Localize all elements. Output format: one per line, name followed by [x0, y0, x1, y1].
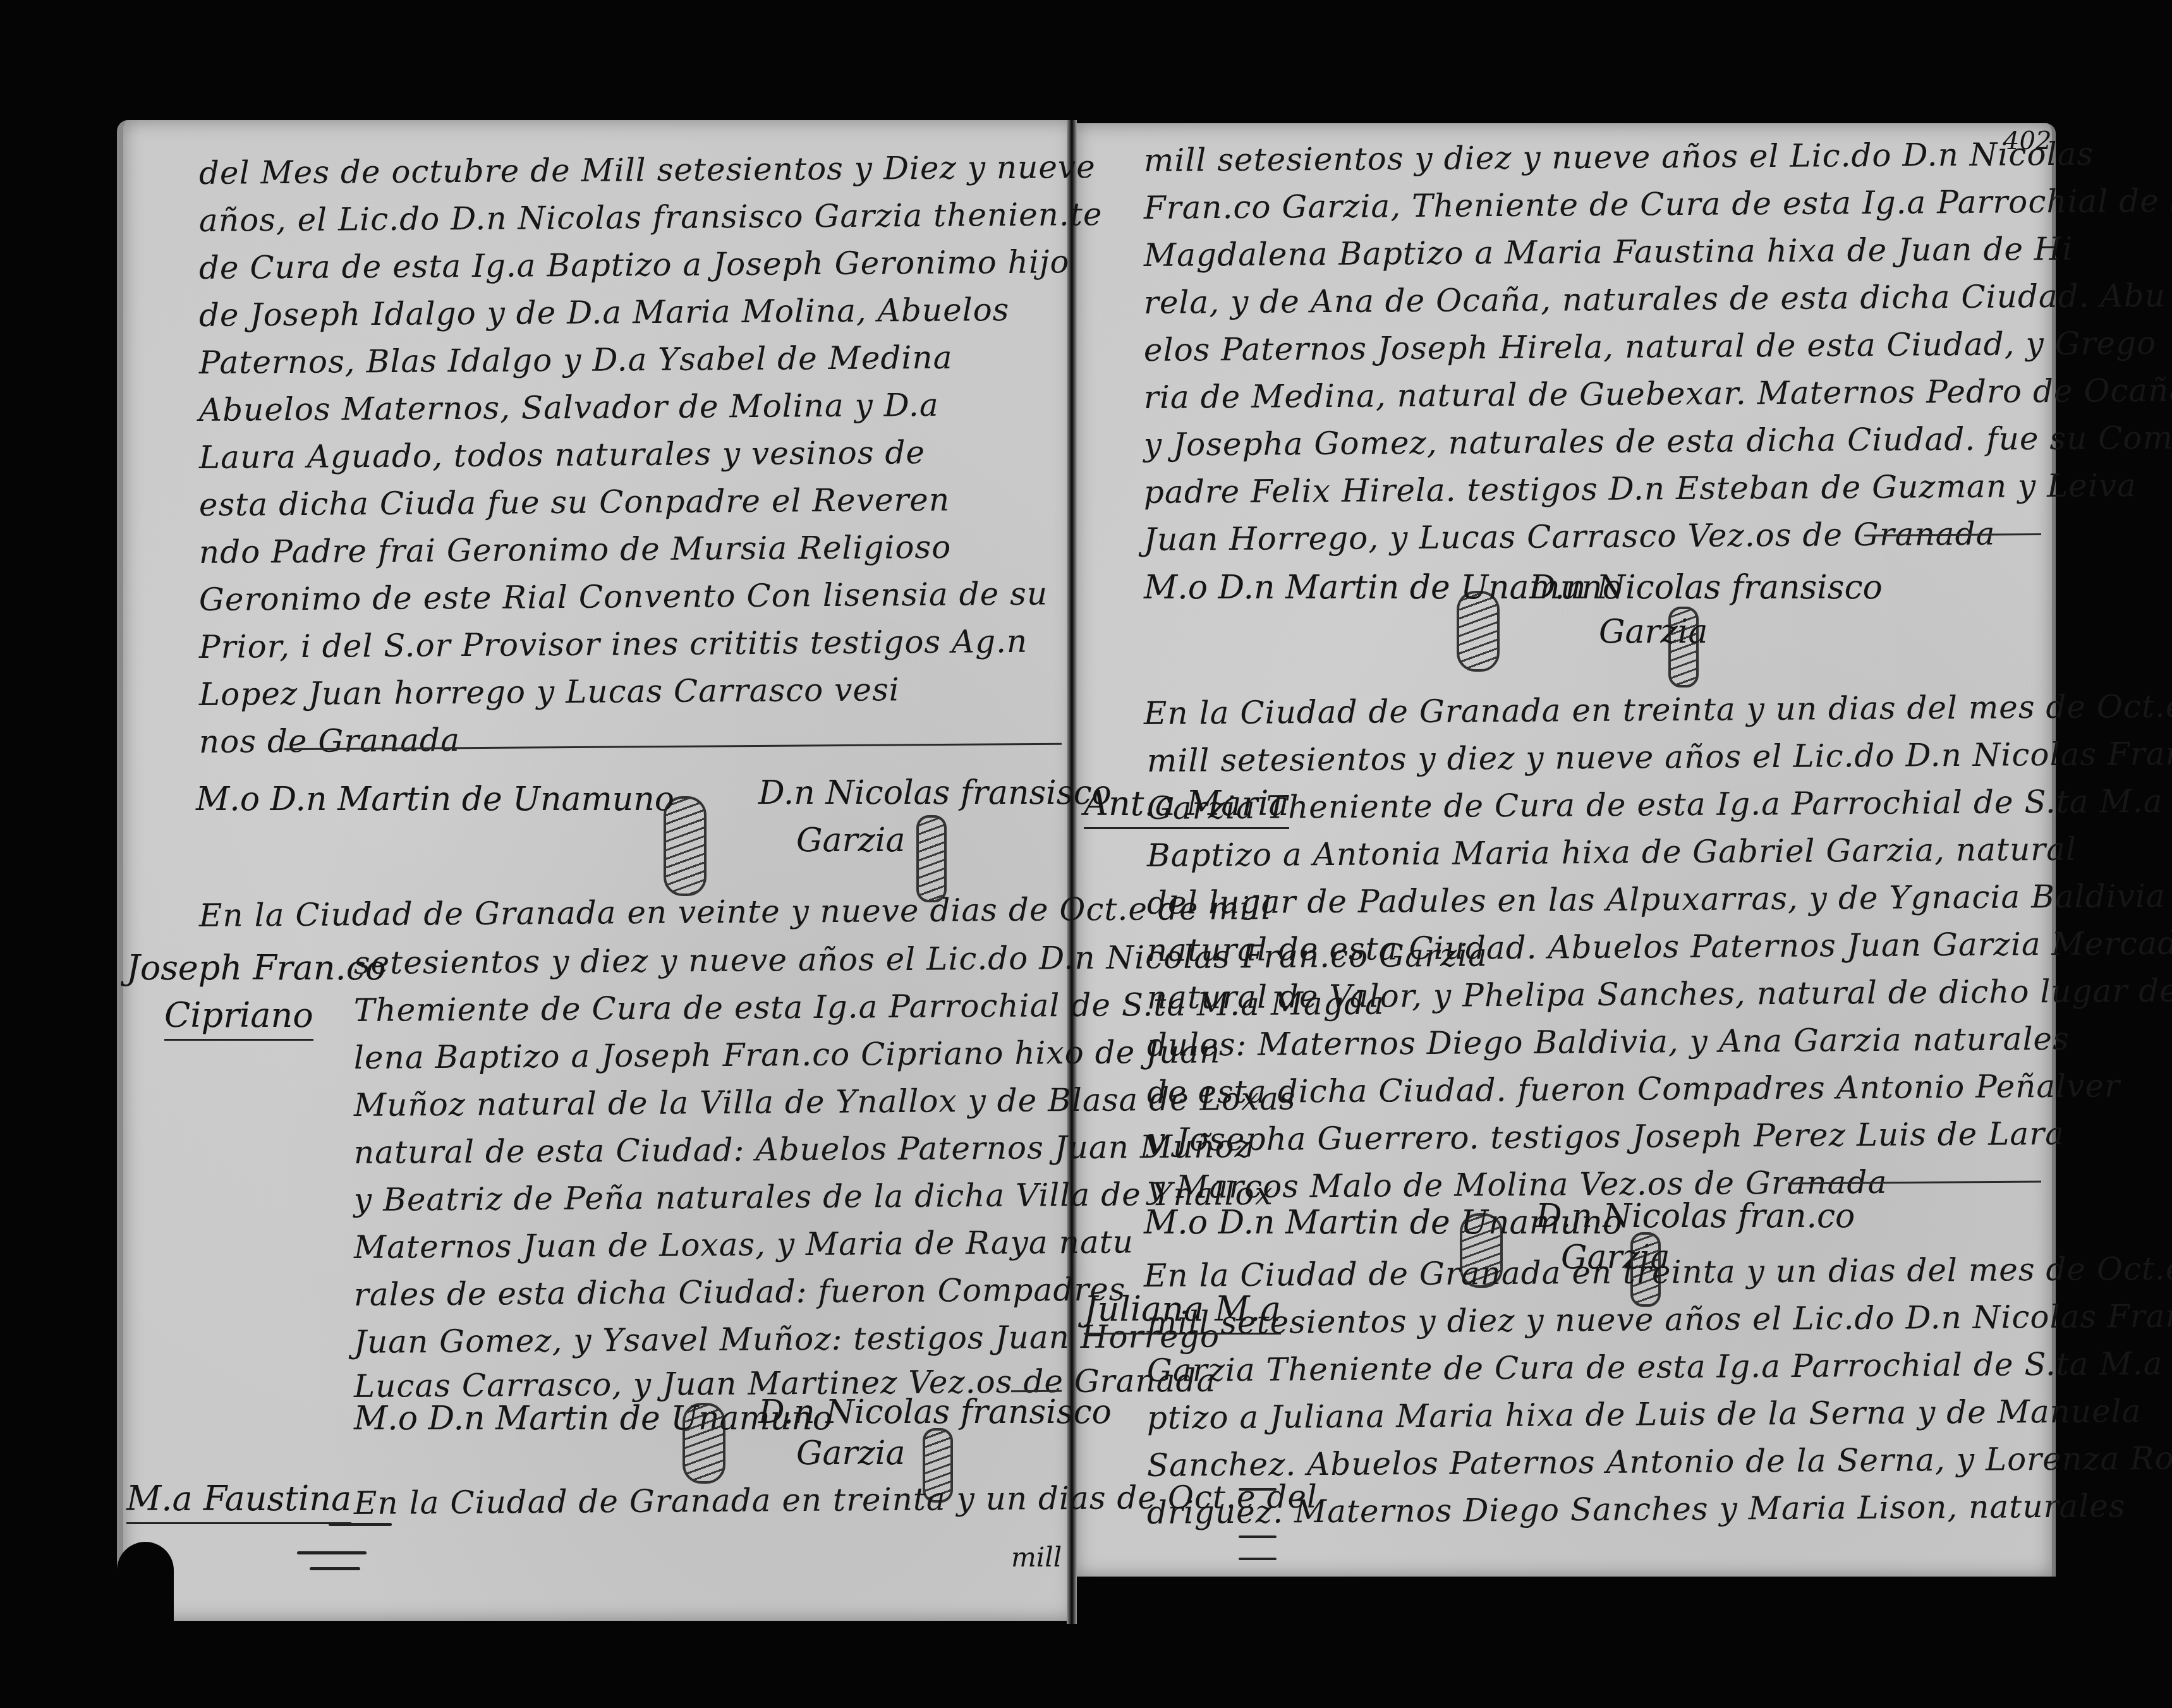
- left-entry1-line: Abuelos Maternos, Salvador de Molina y D…: [199, 387, 939, 428]
- right-entry2-line: Baptizo a Antonia Maria hixa de Gabriel …: [1147, 831, 2077, 874]
- closing-dash: [310, 1567, 360, 1570]
- left-entry1-line: de Cura de esta Ig.a Baptizo a Joseph Ge…: [199, 243, 1070, 286]
- left-entry2-line: En la Ciudad de Granada en veinte y nuev…: [199, 890, 1272, 934]
- rubric-flourish-icon: [1457, 591, 1500, 672]
- left-entry1-line: esta dicha Ciuda fue su Conpadre el Reve…: [199, 482, 950, 523]
- catchword: mill: [1011, 1542, 1062, 1573]
- left-entry1-line: años, el Lic.do D.n Nicolas fransisco Ga…: [199, 196, 1103, 239]
- closing-dash: [1239, 1535, 1277, 1538]
- left-entry1-line: del Mes de octubre de Mill setesientos y…: [199, 148, 1096, 191]
- closing-dash: [297, 1551, 367, 1554]
- right-entry2-line: mill setesientos y diez y nueve años el …: [1147, 735, 2172, 779]
- right-entry1-line: Juan Horrego, y Lucas Carrasco Vez.os de…: [1144, 516, 1996, 558]
- left-entry2-line: y Beatriz de Peña naturales de la dicha …: [354, 1175, 1273, 1218]
- right-entry3-line: Sanchez. Abuelos Paternos Antonio de la …: [1147, 1440, 2172, 1484]
- signature-garzia-line1: D.n Nicolas fransisco: [758, 774, 1112, 812]
- right-entry2-line: natural de Valor, y Phelipa Sanches, nat…: [1147, 972, 2172, 1016]
- right-entry1-line: ria de Medina, natural de Guebexar. Mate…: [1144, 372, 2172, 416]
- right-entry1-line: padre Felix Hirela. testigos D.n Esteban…: [1144, 467, 2137, 511]
- right-entry3-line: En la Ciudad de Granada en treinta y un …: [1144, 1250, 2172, 1294]
- right-entry1-line: y Josepha Gomez, naturales de esta dicha…: [1144, 420, 2172, 463]
- closing-dash: [329, 1523, 392, 1526]
- left-entry2-line: natural de esta Ciudad: Abuelos Paternos…: [354, 1128, 1252, 1171]
- rubric-flourish-icon: [916, 815, 947, 902]
- left-entry1-line: ndo Padre frai Geronimo de Mursia Religi…: [199, 529, 952, 571]
- rubric-flourish-icon: [683, 1403, 725, 1484]
- left-entry1-line: de Joseph Idalgo y de D.a Maria Molina, …: [199, 291, 1010, 334]
- signature-garzia-line1: D.n Nicolas fran.co: [1536, 1197, 1855, 1235]
- signature-garzia-line2: Garzia: [796, 1434, 905, 1472]
- margin-note-baptized-name-line1: Joseph Fran.co: [126, 948, 386, 991]
- rubric-flourish-icon: [1668, 607, 1699, 687]
- margin-note-baptized-name: M.a Faustina: [126, 1479, 351, 1524]
- left-entry2-line: lena Baptizo a Joseph Fran.co Cipriano h…: [354, 1033, 1221, 1076]
- right-entry3-line: driguez. Maternos Diego Sanches y Maria …: [1147, 1487, 2126, 1531]
- right-entry2-line: del lugar de Padules en las Alpuxarras, …: [1147, 878, 2166, 921]
- right-entry3-line: ptizo a Juliana Maria hixa de Luis de la…: [1147, 1393, 2142, 1436]
- right-entry3-line: mill setesientos y diez y nueve años el …: [1147, 1297, 2172, 1342]
- signature-unamuno: M.o D.n Martin de Unamuno: [196, 780, 674, 818]
- left-entry2-line: Maternos Juan de Loxas, y Maria de Raya …: [354, 1223, 1134, 1266]
- margin-note-baptized-name-line2: Cipriano: [164, 995, 313, 1041]
- right-entry2-line: y Josepha Guerrero. testigos Joseph Pere…: [1147, 1115, 2065, 1158]
- left-entry1-line: Prior, i del S.or Provisor ines crititis…: [199, 623, 1028, 665]
- left-entry1-line: Laura Aguado, todos naturales y vesinos …: [199, 434, 925, 476]
- right-entry2-line: natural de esta Ciudad. Abuelos Paternos…: [1147, 924, 2172, 969]
- signature-garzia-line2: Garzia: [796, 821, 905, 859]
- left-entry1-line: Geronimo de este Rial Convento Con lisen…: [199, 576, 1048, 618]
- closing-dash: [1239, 1558, 1277, 1560]
- left-entry1-line: Lopez Juan horrego y Lucas Carrasco vesi: [199, 671, 900, 713]
- right-entry1-line: Magdalena Baptizo a Maria Faustina hixa …: [1144, 231, 2073, 274]
- rubric-flourish-icon: [664, 796, 707, 896]
- signature-garzia-line1: D.n Nicolas fransisco: [1529, 569, 1883, 607]
- right-entry1-line: elos Paternos Joseph Hirela, natural de …: [1144, 325, 2157, 368]
- entry-closing-rule: [1011, 1390, 1062, 1393]
- right-entry2-line: dules: Maternos Diego Baldivia, y Ana Ga…: [1147, 1021, 2070, 1063]
- left-entry1-line: nos de Granada: [199, 722, 460, 760]
- right-entry2-line: Garzia Theniente de Cura de esta Ig.a Pa…: [1147, 782, 2172, 827]
- right-entry1-line: Fran.co Garzia, Theniente de Cura de est…: [1144, 181, 2172, 226]
- left-entry2-line: rales de esta dicha Ciudad: fueron Compa…: [354, 1271, 1126, 1313]
- right-entry2-line: de esta dicha Ciudad. fueron Compadres A…: [1147, 1067, 2120, 1111]
- page-tab-notch: [117, 1542, 174, 1630]
- right-entry1-line: mill setesientos y diez y nueve años el …: [1144, 136, 2094, 179]
- left-entry1-line: Paternos, Blas Idalgo y D.a Ysabel de Me…: [199, 339, 953, 381]
- right-entry2-line: En la Ciudad de Granada en treinta y un …: [1144, 687, 2172, 732]
- closing-dash: [1239, 1488, 1277, 1491]
- right-entry1-line: rela, y de Ana de Ocaña, naturales de es…: [1144, 277, 2166, 321]
- signature-garzia-line1: D.n Nicolas fransisco: [758, 1393, 1112, 1431]
